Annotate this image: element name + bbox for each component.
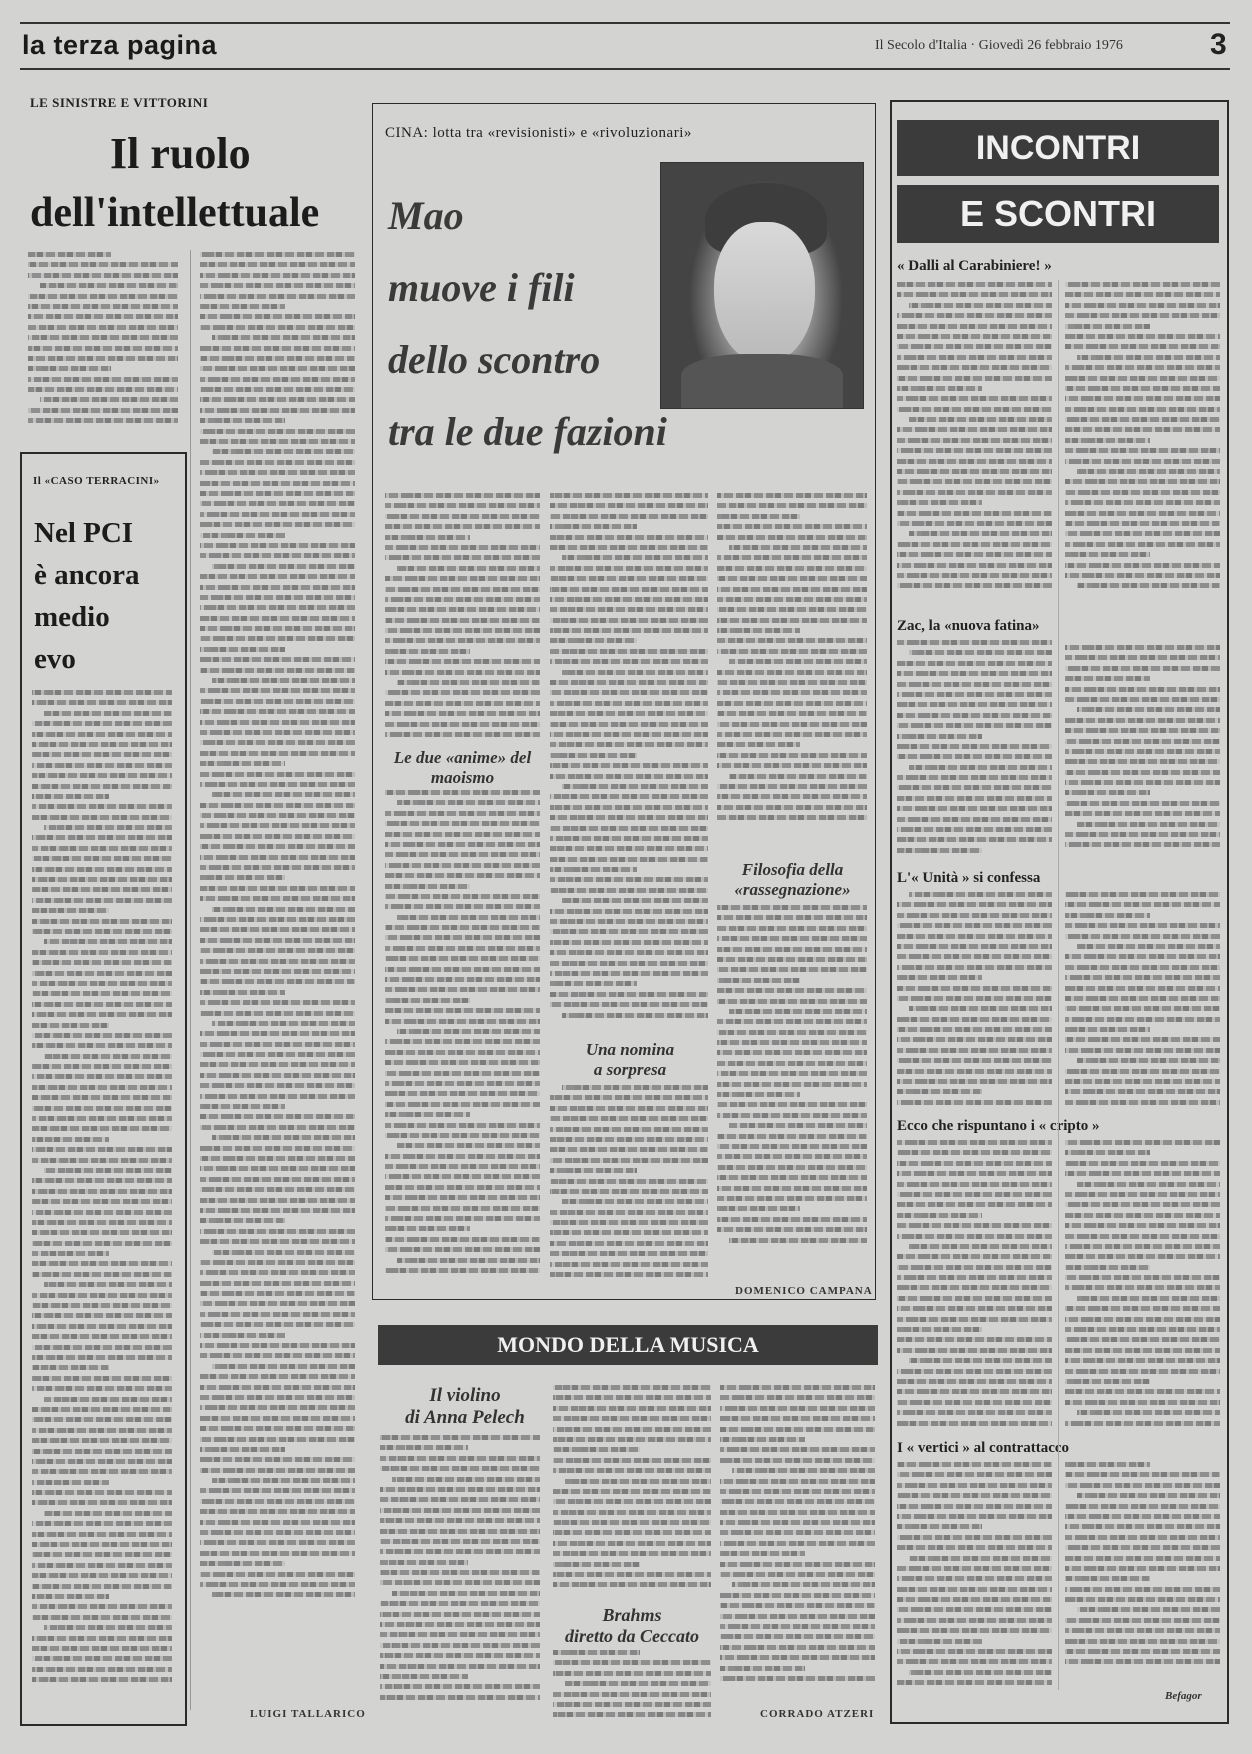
- subhead-nomina: Una nomina a sorpresa: [580, 1040, 680, 1079]
- rc-item-4-title: Ecco che rispuntano i « cripto »: [897, 1118, 1100, 1135]
- center-col-1a: [385, 493, 540, 743]
- rc-item-1-col-2: [1065, 282, 1220, 602]
- left-article-kicker: LE SINISTRE E VITTORINI: [30, 95, 208, 111]
- page-number: 3: [1210, 28, 1227, 62]
- music-article-1-title: Il violino di Anna Pelech: [390, 1385, 540, 1429]
- center-col-3a: [717, 493, 867, 833]
- caso-terracini-body: [32, 690, 172, 1705]
- mao-portrait-photo: [660, 162, 864, 409]
- paper-date: Il Secolo d'Italia · Giovedì 26 febbraio…: [875, 38, 1123, 54]
- caso-terracini-headline: Nel PCI è ancora medio evo: [34, 512, 140, 680]
- center-article-byline: DOMENICO CAMPANA: [735, 1285, 873, 1297]
- rc-item-3-col-2: [1065, 892, 1220, 1107]
- rc-signature: Befagor: [1165, 1690, 1202, 1702]
- left-article-byline: LUIGI TALLARICO: [250, 1708, 366, 1720]
- music-banner: MONDO DELLA MUSICA: [378, 1325, 878, 1365]
- rc-item-2-col-1: [897, 640, 1052, 855]
- rc-item-5-col-1: [897, 1462, 1052, 1697]
- section-title: la terza pagina: [22, 30, 217, 61]
- music-col-3: [720, 1385, 875, 1690]
- music-byline: CORRADO ATZERI: [760, 1708, 874, 1720]
- music-col-2a: [553, 1385, 711, 1600]
- left-article-headline-2: dell'intellettuale: [30, 192, 319, 234]
- rc-item-5-title: I « vertici » al contrattacco: [897, 1440, 1069, 1457]
- music-col-1: [380, 1435, 540, 1705]
- rc-item-5-col-2: [1065, 1462, 1220, 1677]
- center-col-1b: [385, 790, 540, 1280]
- rc-item-4-col-2: [1065, 1140, 1220, 1440]
- rc-item-3-title: L'« Unità » si confessa: [897, 870, 1040, 887]
- center-article-headline: Mao muove i fili dello scontro tra le du…: [388, 180, 667, 468]
- rc-item-1-title: « Dalli al Carabiniere! »: [897, 258, 1052, 275]
- caso-terracini-kicker: Il «CASO TERRACINI»: [33, 475, 160, 487]
- music-article-2-title: Brahms diretto da Ceccato: [553, 1605, 711, 1646]
- left-article-headline-1: Il ruolo: [110, 132, 251, 176]
- left-article-col-2: [200, 252, 355, 1632]
- center-col-3b: [717, 905, 867, 1250]
- banner-scontri: E SCONTRI: [897, 185, 1219, 243]
- rc-item-2-title: Zac, la «nuova fatina»: [897, 618, 1040, 635]
- music-col-2b: [553, 1650, 711, 1720]
- center-col-2a: [550, 493, 708, 1028]
- center-article-kicker: CINA: lotta tra «revisionisti» e «rivolu…: [385, 125, 692, 142]
- rc-item-2-col-2: [1065, 645, 1220, 855]
- subhead-filosofia: Filosofia della «rassegnazione»: [730, 860, 855, 899]
- center-col-2b: [550, 1085, 708, 1280]
- left-article-col-1: [28, 252, 178, 437]
- banner-incontri: INCONTRI: [897, 120, 1219, 176]
- rc-item-3-col-1: [897, 892, 1052, 1107]
- subhead-due-anime: Le due «anime» del maoismo: [385, 748, 540, 787]
- rc-item-1-col-1: [897, 282, 1052, 602]
- rc-item-4-col-1: [897, 1140, 1052, 1440]
